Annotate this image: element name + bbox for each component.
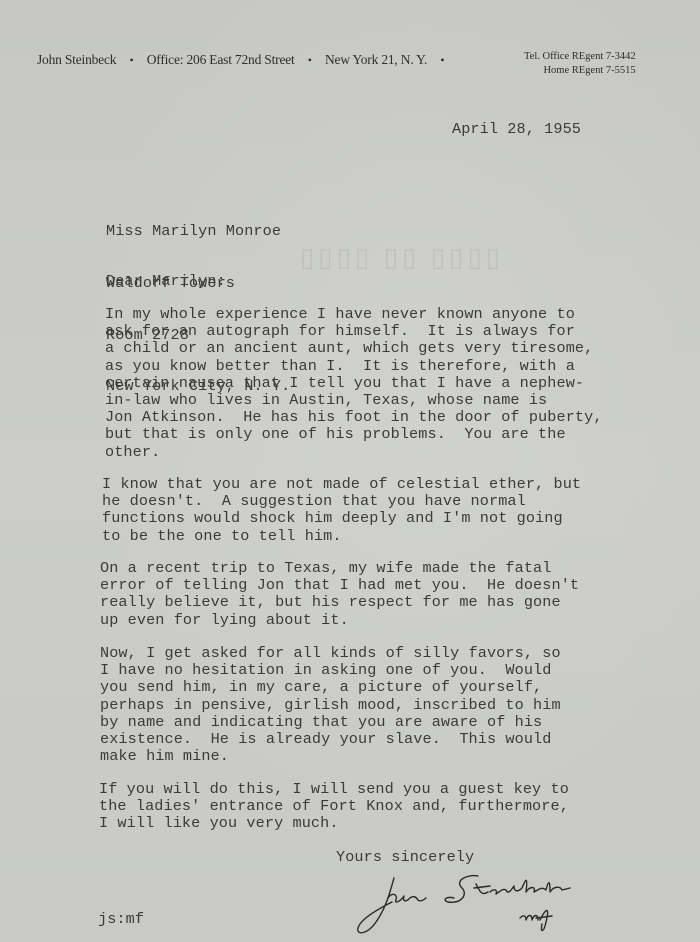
handwritten-signature [350, 862, 590, 942]
body-paragraph: On a recent trip to Texas, my wife made … [100, 560, 579, 629]
letter-date: April 28, 1955 [452, 121, 581, 138]
letterhead-office: Office: 206 East 72nd Street [147, 52, 295, 68]
letterhead: John Steinbeck • Office: 206 East 72nd S… [37, 52, 454, 68]
body-paragraph: If you will do this, I will send you a g… [99, 781, 569, 833]
letterhead-phones: Tel. Office REgent 7-3442 Home REgent 7-… [524, 50, 636, 78]
phone-office: Tel. Office REgent 7-3442 [524, 50, 636, 64]
phone-home: Home REgent 7-5515 [524, 64, 636, 78]
typist-initials: js:mf [98, 911, 144, 928]
salutation: Dear Marilyn: [106, 273, 226, 290]
letterhead-city: New York 21, N. Y. [325, 52, 427, 68]
show-through-mark: ▯▯▯▯ ▯▯ ▯▯▯▯ [300, 243, 504, 273]
bullet-separator-icon: • [440, 53, 444, 68]
bullet-separator-icon: • [130, 53, 134, 68]
body-paragraph: I know that you are not made of celestia… [102, 476, 581, 545]
letterhead-name: John Steinbeck [37, 52, 116, 68]
recipient-name: Miss Marilyn Monroe [106, 223, 290, 240]
body-paragraph: In my whole experience I have never know… [105, 306, 603, 461]
bullet-separator-icon: • [308, 53, 312, 68]
body-paragraph: Now, I get asked for all kinds of silly … [100, 645, 561, 765]
